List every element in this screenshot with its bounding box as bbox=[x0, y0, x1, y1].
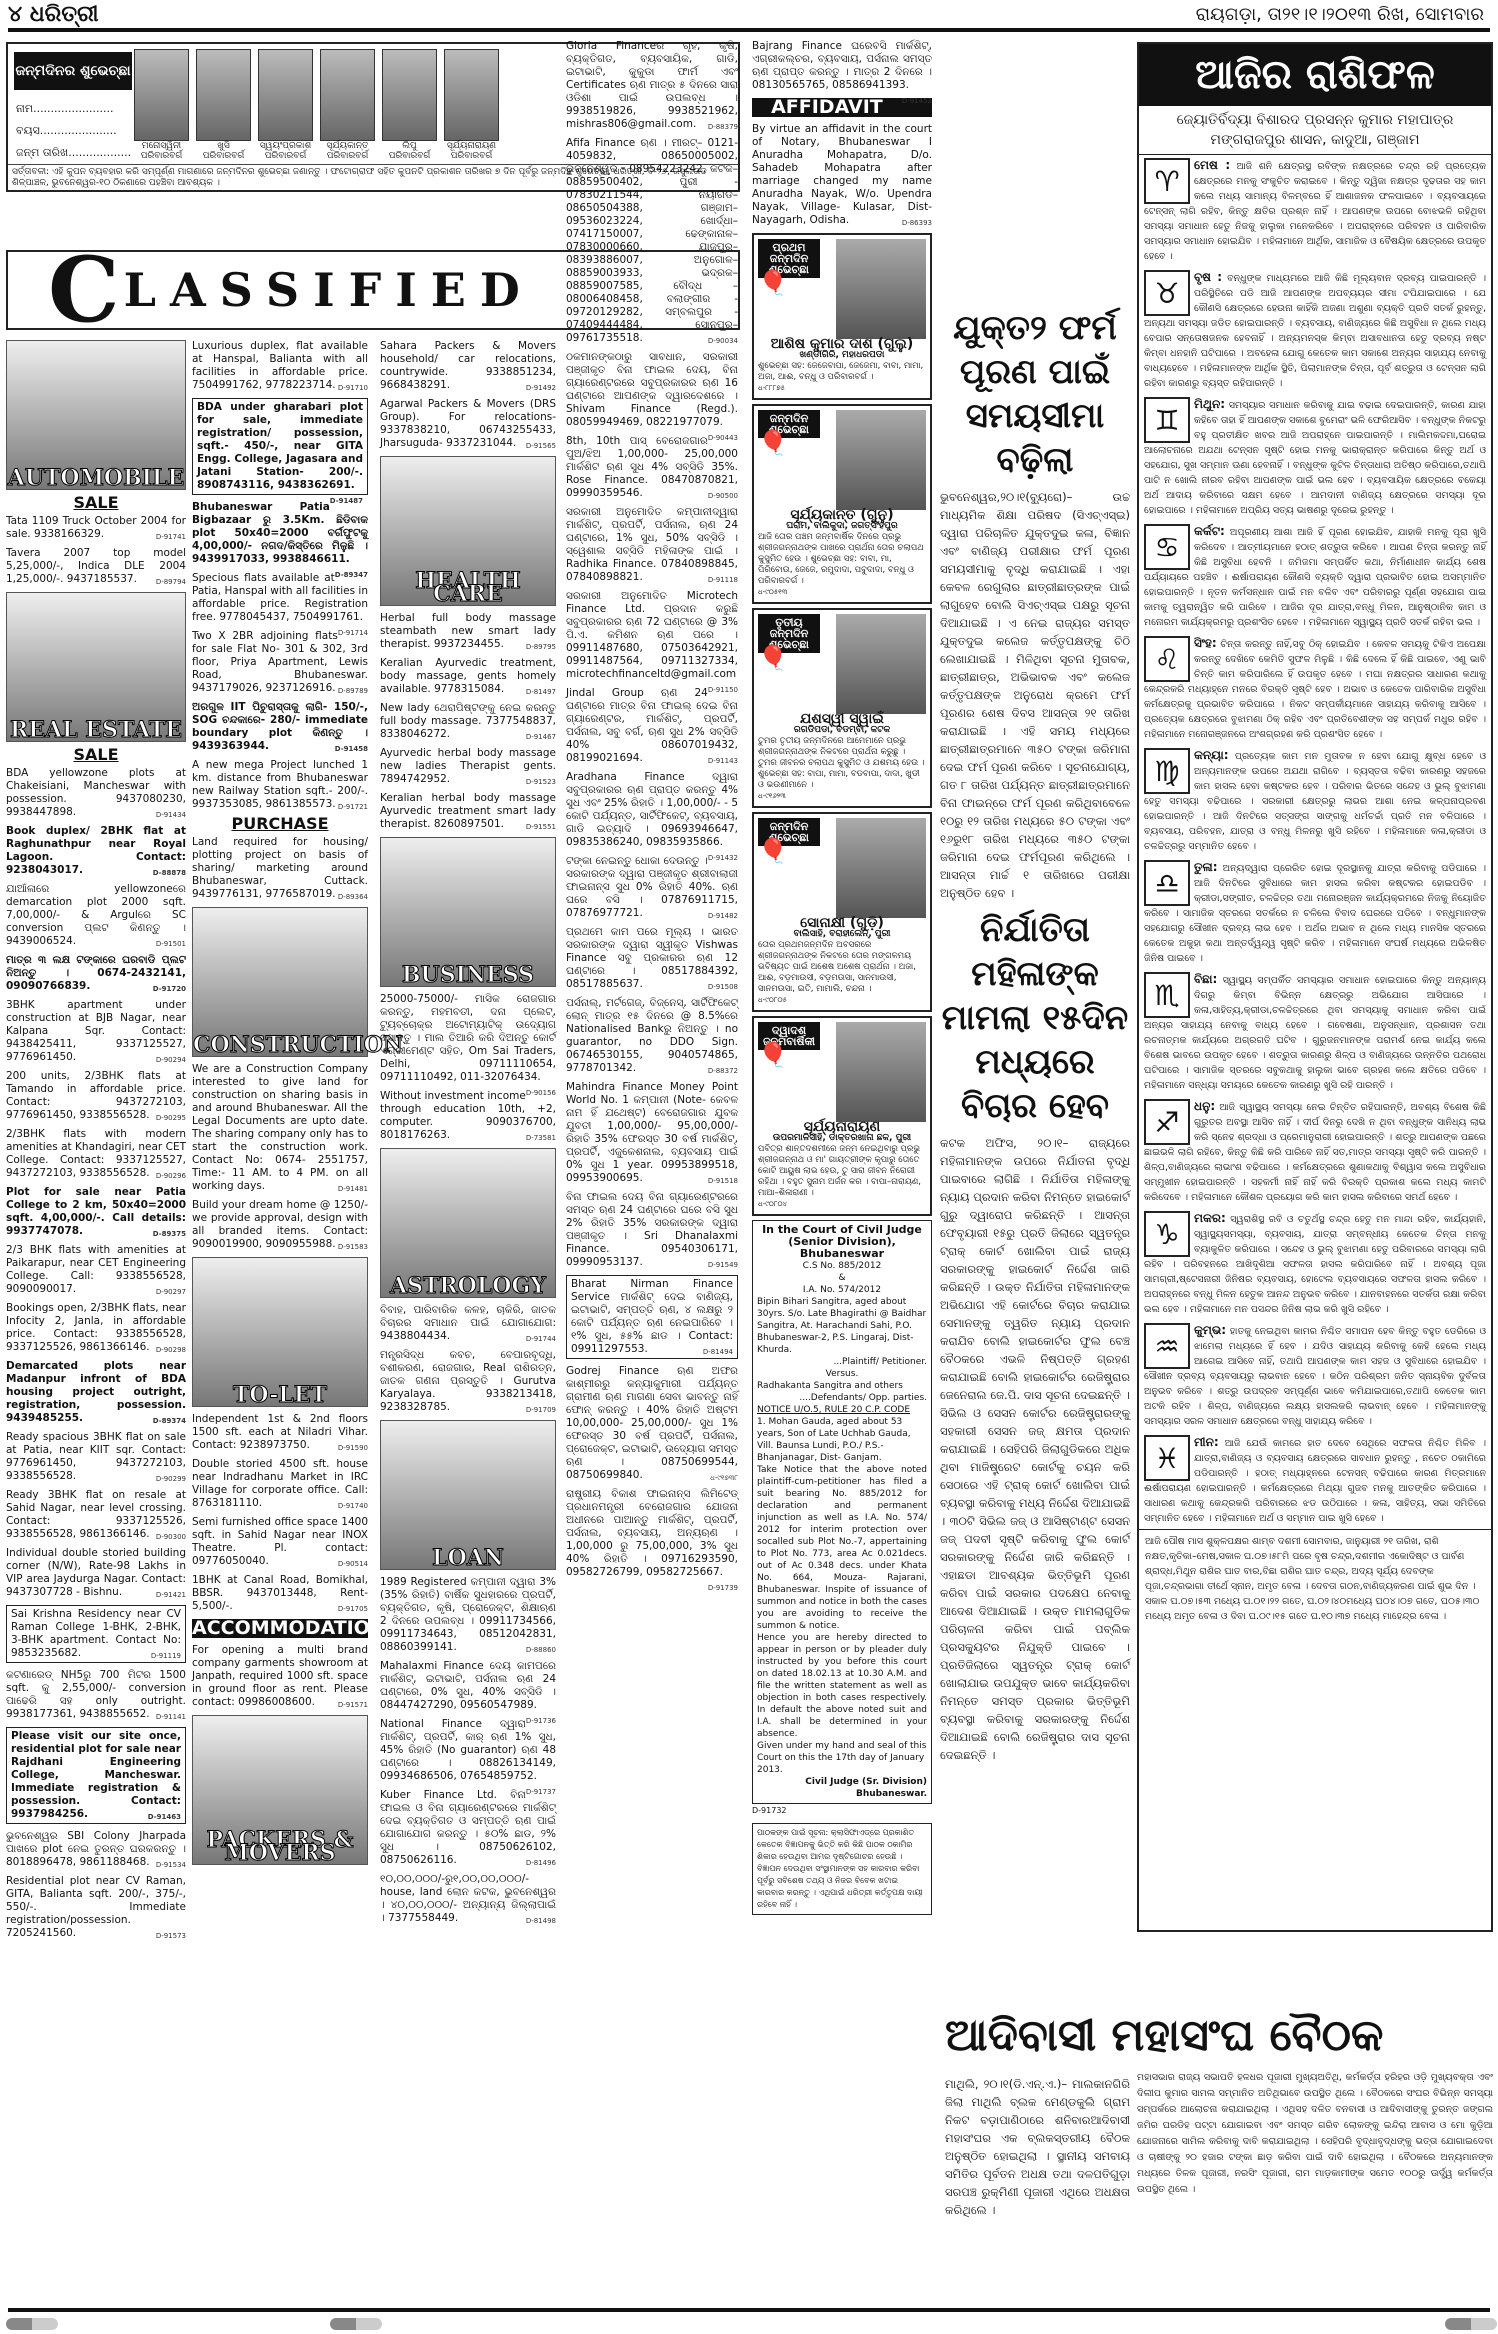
kid-photo bbox=[196, 49, 251, 141]
zodiac-sign-icon: ♉ bbox=[1144, 270, 1190, 316]
classified-ad: Kuber Finance Ltd. ବିନା ଫାଇଲ ଓ ବିନା ଗ୍ୟା… bbox=[380, 1789, 556, 1867]
classified-column-2: Luxurious duplex, flat available at Hans… bbox=[192, 340, 368, 1871]
page-marker bbox=[330, 2318, 382, 2330]
classified-ad: Double storied 4500 sft. house near Indr… bbox=[192, 1458, 368, 1510]
health-care-banner: HEALTH CARE bbox=[380, 456, 556, 606]
zodiac-sign-icon: ♍ bbox=[1144, 748, 1190, 794]
classified-ad: Tata 1109 Truck October 2004 for sale. 9… bbox=[6, 515, 186, 541]
classified-ad: Mahindra Finance Money Point World No. 1… bbox=[566, 1081, 738, 1185]
classified-ad: କଟଣାରେଡ୍ NH5ରୁ 700 ମିଟର 1500 sqft. କୁ 2,… bbox=[6, 1669, 186, 1721]
zodiac-entry: ♐ଧନୁ: ଆଜି ସ୍ୱାସ୍ଥ୍ୟ ସମସ୍ୟା ନେଇ ଚିନ୍ତିତ ର… bbox=[1139, 1096, 1491, 1208]
classified-ad: Bajrang Finance ଘରେବସି ମାର୍କଶିଟ୍, ଏଗ୍ରୀକ… bbox=[752, 40, 932, 92]
page-label: ୪ ଧରିତ୍ରୀ bbox=[8, 2, 99, 27]
kid-photo-card: ଖୁସିପରିବାରବର୍ଗ bbox=[196, 49, 251, 161]
to-let-banner: TO-LET bbox=[192, 1257, 368, 1407]
classified-ad: ୧୦,୦୦,୦୦୦/-ରୁ୧,୦୦,୦୦,୦୦୦/- house, land ଲ… bbox=[380, 1873, 556, 1925]
zodiac-entry: ♓ମୀନ: ଆଜି ଯେଉଁ କାମରେ ହାତ ଦେବେ ସେଥିରେ ସଫଳ… bbox=[1139, 1432, 1491, 1529]
dateline: ରାୟଗଡ଼ା, ତା୨୧।୧।୨୦୧୩ ରିଖ, ସୋମବାର bbox=[1196, 4, 1484, 25]
classified-ad: Build your dream home @ 1250/- we provid… bbox=[192, 1199, 368, 1251]
classified-ad: We are a Construction Company interested… bbox=[192, 1063, 368, 1193]
classified-ad: Aradhana Finance ଦ୍ୱାରା ସବୁପ୍ରକାରର ଋଣ ପ୍… bbox=[566, 771, 738, 849]
section-heading: SALE bbox=[6, 748, 186, 761]
kid-photo bbox=[382, 49, 437, 141]
kid-photo-card: ସୂର୍ଯ୍ୟନାରାୟଣପରିବାରବର୍ଗ bbox=[444, 49, 499, 161]
kid-photo bbox=[444, 49, 499, 141]
coupon-field-dob: ଜନ୍ମ ତାରିଖ.................. bbox=[16, 146, 131, 160]
classified-ad: Individual double storied building corne… bbox=[6, 1547, 186, 1599]
classified-ad: Sahara Packers & Movers household/ car r… bbox=[380, 340, 556, 392]
birthday-wish-ad: ତୃତୀୟ ଜନ୍ମଦିନ ଶୁଭେଚ୍ଛା🎈ଯଶସ୍ୱୀ ସ୍ୱାଇଁରଗଡି… bbox=[752, 608, 932, 808]
classified-ad: Ready 3BHK flat on resale at Sahid Nagar… bbox=[6, 1489, 186, 1541]
classified-column-1: AUTOMOBILE SALE Tata 1109 Truck October … bbox=[6, 340, 186, 1946]
classified-column-4: Gloria Financeର ଗୃହ, କୃଷି, ବ୍ୟକ୍ତିଗତ, ବ୍… bbox=[566, 40, 738, 1595]
coupon-field-name: ନାମ....................... bbox=[16, 102, 114, 116]
section-heading: PURCHASE bbox=[192, 817, 368, 830]
classified-ad: Afifa Finance ଋଣ । ମୀରଟ୍– 0121-4059832, … bbox=[566, 137, 738, 345]
zodiac-sign-icon: ♊ bbox=[1144, 397, 1190, 443]
packers-movers-banner: PACKERS & MOVERS bbox=[192, 1715, 368, 1865]
coupon-field-age: ବୟସ...................... bbox=[16, 124, 117, 138]
construction-banner: CONSTRUCTION bbox=[192, 907, 368, 1057]
zodiac-entry: ♈ମେଷ : ଆଜି ଶନି କ୍ଷେତ୍ରସ୍ଥ ରବିଙ୍କ ନକ୍ଷତ୍ର… bbox=[1139, 155, 1491, 267]
page-marker bbox=[6, 2318, 58, 2330]
classified-ad: ସରକାରୀ ଅନୁମୋଦିତ Microtech Finance Ltd. ପ… bbox=[566, 590, 738, 681]
zodiac-entry: ♒କୁମ୍ଭ: ହାତକୁ ନେଇଥିବା କାମର ନିଶ୍ଚିତ ସମାପନ… bbox=[1139, 1320, 1491, 1432]
child-photo bbox=[836, 614, 926, 714]
birthday-wish-ad: ଜନ୍ମଦିନ ଶୁଭେଚ୍ଛା🎈ସୋନାକ୍ଷୀ (ଗୁଡ଼ି)ବାଲିସାହ… bbox=[752, 812, 932, 1012]
classified-ad: 2/3BHK flats with modern amenities at Kh… bbox=[6, 1128, 186, 1180]
horoscope-title: ଆଜିର ରାଶିଫଳ bbox=[1139, 44, 1491, 106]
kid-photo bbox=[134, 49, 189, 141]
classified-ad: Bharat Nirman Finance Service ମାର୍କଶିଟ୍ … bbox=[566, 1275, 738, 1359]
classified-ad: ମାତ୍ର ୩ ଲକ୍ଷ ଟଙ୍କାରେ ଘରବାଡି ପ୍ଲଟ ନିଅନ୍ତୁ… bbox=[6, 954, 186, 993]
classified-ad: Tavera 2007 top model 5,25,000/-, Indica… bbox=[6, 547, 186, 586]
classified-ad: Jindal Group ଋଣ 24 ଘଣ୍ଟାରେ ମାତ୍ର ବିନା ଫା… bbox=[566, 687, 738, 765]
kid-photo bbox=[258, 49, 313, 141]
horoscope-author: ଜ୍ୟୋତିର୍ବିଦ୍ୟା ବିଶାରଦ ପ୍ରସନ୍ନ କୁମାର ମହାପ… bbox=[1139, 106, 1491, 155]
accommodation-heading: ACCOMMODATION bbox=[192, 1619, 368, 1638]
news-body: କଟକ ଅଫିସ, ୨୦।୧– ରାଜ୍ୟରେ ମହିଳାମାନଙ୍କ ଉପରେ… bbox=[940, 1134, 1130, 1764]
loan-banner: LOAN bbox=[380, 1420, 556, 1570]
classified-ad: ମନ୍ତ୍ରସିଦ୍ଧ କବଚ, ବେପାରବୃଦ୍ଧି, ବଶୀକରଣ, ରୋ… bbox=[380, 1349, 556, 1414]
zodiac-sign-icon: ♑ bbox=[1144, 1211, 1190, 1257]
classified-ad: ସରକାରୀ ଅନୁମୋଦିତ କମ୍ପାନୀଦ୍ୱାରା ମାର୍କଶିଟ୍,… bbox=[566, 506, 738, 584]
classified-ad: BDA under gharabari plot for sale, immed… bbox=[192, 398, 368, 495]
classified-ad: Residential plot near CV Raman, GITA, Ba… bbox=[6, 1875, 186, 1940]
astrology-banner: ASTROLOGY bbox=[380, 1148, 556, 1298]
zodiac-sign-icon: ♈ bbox=[1144, 158, 1190, 204]
birthday-wish-ad: ଦ୍ୱାଦଶ ଜନ୍ମବାର୍ଷିକୀ🎈ସୂର୍ଯ୍ୟନାରାୟଣଉପରମାଳି… bbox=[752, 1016, 932, 1216]
news-column: ଯୁକ୍ତ୨ ଫର୍ମ ପୂରଣ ପାଇଁ ସମୟସୀମା ବଢ଼ିଲା ଭୁବ… bbox=[940, 300, 1130, 1764]
classified-ad: Agarwal Packers & Movers (DRS Group). Fo… bbox=[380, 398, 556, 450]
real-estate-banner: REAL ESTATE bbox=[6, 592, 186, 742]
classified-ad: Semi furnished office space 1400 sqft. i… bbox=[192, 1516, 368, 1568]
child-photo bbox=[836, 818, 926, 918]
reader-notice: ପାଠକଙ୍କ ପାଇଁ ସୂଚନା: କ୍ଲାସିଫାଏଡ୍‌ରେ ପ୍ରକା… bbox=[752, 1823, 932, 1915]
horoscope-box: ଆଜିର ରାଶିଫଳ ଜ୍ୟୋତିର୍ବିଦ୍ୟା ବିଶାରଦ ପ୍ରସନ୍… bbox=[1137, 42, 1493, 1932]
classified-ad: Book duplex/ 2BHK flat at Raghunathpur n… bbox=[6, 825, 186, 877]
zodiac-entry: ♋କର୍କଟ: ଅପୂରଣୀୟ ଆଶା ଆଜି ହିଁ ପୂରଣ ହୋଇଯିବ,… bbox=[1139, 521, 1491, 633]
birthday-wish-ad: ଜନ୍ମଦିନ ଶୁଭେଚ୍ଛା🎈ସୂର୍ଯ୍ୟକାନ୍ତ (ଗୁନୁ)ଘରାମ… bbox=[752, 404, 932, 604]
kid-photo bbox=[320, 49, 375, 141]
classified-ad: ବିନା ଫାଇଲ ଦେୟ ବିନା ଗ୍ୟାରେଣ୍ଟରରେ ସମସ୍ତ ଋଣ… bbox=[566, 1191, 738, 1269]
section-heading: SALE bbox=[6, 496, 186, 509]
classified-ad: For opening a multi brand company garmen… bbox=[192, 1644, 368, 1709]
affidavit-notice: By virtue an affidavit in the court of N… bbox=[752, 123, 932, 227]
kid-photo-card: ସୂର୍ଯ୍ୟକାନ୍ତପରିବାରବର୍ଗ bbox=[320, 49, 375, 161]
classified-ad: Gloria Financeର ଗୃହ, କୃଷି, ବ୍ୟକ୍ତିଗତ, ବ୍… bbox=[566, 40, 738, 131]
classified-ad: ପର୍ସନାଲ୍, ମର୍ଟଗେଜ୍, ବିଜ୍‌ନେସ୍, ସାର୍ଟିଫିକ… bbox=[566, 997, 738, 1075]
classified-ad: Please visit our site once, residential … bbox=[6, 1727, 186, 1824]
classified-ad: Herbal full body massage steambath new s… bbox=[380, 612, 556, 651]
masthead: ୪ ଧରିତ୍ରୀ ରାୟଗଡ଼ା, ତା୨୧।୧।୨୦୧୩ ରିଖ, ସୋମବ… bbox=[8, 0, 1490, 32]
news-body: ଭୁବନେଶ୍ୱର,୨୦।୧(ବ୍ୟୁରୋ)– ଉଚ୍ଚ ମାଧ୍ୟମିକ ଶି… bbox=[940, 488, 1130, 902]
classified-ad: Keralian herbal body massage Ayurvedic t… bbox=[380, 792, 556, 831]
automobile-banner: AUTOMOBILE bbox=[6, 340, 186, 490]
classified-ad: Luxurious duplex, flat available at Hans… bbox=[192, 340, 368, 392]
birthday-wish-ad: ପ୍ରଥମ ଜନ୍ମଦିନ ଶୁଭେଚ୍ଛା🎈ଆଶିଷ କୁମାର ଦାଶ (ଗ… bbox=[752, 233, 932, 400]
classified-ad: 1989 Registered କମ୍ପାନୀ ଦ୍ୱାରା 3% (35% ର… bbox=[380, 1576, 556, 1654]
zodiac-sign-icon: ♐ bbox=[1144, 1099, 1190, 1145]
zodiac-sign-icon: ♒ bbox=[1144, 1323, 1190, 1369]
kid-photo-card: ଲିପୁପରିବାରବର୍ଗ bbox=[382, 49, 437, 161]
news-headline: ଆଦିବାସୀ ମହାସଂଘ ବୈଠକ bbox=[945, 2010, 1495, 2061]
zodiac-sign-icon: ♋ bbox=[1144, 524, 1190, 570]
panchang: ଆଜି ପୌଷ ମାସ ଶୁକ୍ଳପକ୍ଷର ଶାମ୍ବ ଦଶମୀ ସୋମବାର… bbox=[1139, 1529, 1491, 1628]
news-body: ମହାସଭାର ରାଜ୍ୟ ସଭାପତି ହଳଧର ପୂଜାରୀ ମୁଖ୍ୟଅତ… bbox=[1137, 2070, 1493, 2198]
classified-ad: Independent 1st & 2nd floors 1500 sft. e… bbox=[192, 1413, 368, 1452]
classified-ad: ଭୁବନେଶ୍ୱର SBI Colony Jharpada ପାଖରେ plot… bbox=[6, 1830, 186, 1869]
kid-photo-card: ସ୍ୱୟଂପ୍ରକାଶପରିବାରବର୍ଗ bbox=[258, 49, 313, 161]
child-photo bbox=[836, 410, 926, 510]
classified-column-5: Bajrang Finance ଘରେବସି ମାର୍କଶିଟ୍, ଏଗ୍ରୀକ… bbox=[752, 40, 932, 1915]
classified-ad: 200 units, 2/3BHK flats at Tamando in af… bbox=[6, 1070, 186, 1122]
classified-ad: Mahalaxmi Finance ଦେୟ କାମପରେ ମାର୍କଶିଟ୍, … bbox=[380, 1660, 556, 1712]
zodiac-entry: ♌ସିଂହ: ଚିନ୍ତା କରନ୍ତୁ ନାହିଁ,ସବୁ ଠିକ୍ ହୋଇଯ… bbox=[1139, 633, 1491, 745]
zodiac-entry: ♑ମକର: ସ୍ୱରାଶିସ୍ଥ ରବି ଓ ଚତୁର୍ଥସ୍ଥ ଚନ୍ଦ୍ର … bbox=[1139, 1208, 1491, 1320]
classified-ad: ବିବାହ, ପାରିବାରିକ କଳହ, ଚାକିରି, ଜାତକ ବିଚାର… bbox=[380, 1304, 556, 1343]
classified-ad: Land required for housing/ plotting proj… bbox=[192, 836, 368, 901]
zodiac-entry: ♉ବୃଷ : ବନ୍ଧୁଙ୍କ ମାଧ୍ୟମରେ ଆଜି କିଛି ମୂଲ୍ୟବ… bbox=[1139, 267, 1491, 394]
classified-ad: 25000-75000/- ମାସିକ ରୋଜଗାର କରନ୍ତୁ, ମହମବତ… bbox=[380, 993, 556, 1084]
news-headline: ଯୁକ୍ତ୨ ଫର୍ମ ପୂରଣ ପାଇଁ ସମୟସୀମା ବଢ଼ିଲା bbox=[940, 306, 1130, 482]
zodiac-entry: ♏ବିଛା: ସ୍ୱାସ୍ଥ୍ୟ ସମ୍ପର୍କିତ ସମସ୍ୟାର ସମାଧା… bbox=[1139, 969, 1491, 1096]
classified-ad: ଯାଆଁଳାରେ yellowzoneରେ demarcation plot 2… bbox=[6, 883, 186, 948]
classified-ad: 3BHK apartment under construction at BJB… bbox=[6, 999, 186, 1064]
page-footer-rule bbox=[8, 2308, 1490, 2312]
classified-ad: A new mega Project lunched 1 km. distanc… bbox=[192, 759, 368, 811]
zodiac-entry: ♎ତୁଳା: ଅନ୍ୟଦ୍ୱାରା ପ୍ରେରିତ ହୋଇ ଦୂରସ୍ଥାନକୁ… bbox=[1139, 857, 1491, 969]
classified-ad: 1BHK at Canal Road, Bomikhal, BBSR. 9437… bbox=[192, 1574, 368, 1613]
classified-ad: Keralian Ayurvedic treatment, body massa… bbox=[380, 657, 556, 696]
zodiac-entry: ♍କନ୍ୟା: ପ୍ରତ୍ୟେକ କାମ ମନ ମୁତାବକ ନ ହେବା ଯୋ… bbox=[1139, 745, 1491, 857]
classified-ad: Ready spacious 3BHK flat on sale at Pati… bbox=[6, 1431, 186, 1483]
classified-ad: BDA yellowzone plots at Chakeisiani, Man… bbox=[6, 767, 186, 819]
zodiac-sign-icon: ♌ bbox=[1144, 636, 1190, 682]
child-photo bbox=[836, 1022, 926, 1122]
classified-ad: ରାଷ୍ଟ୍ରୀୟ ବିକାଶ ଫାଇନାନ୍ସ ଲିମିଟେଡ୍ ପ୍ରଧାନ… bbox=[566, 1488, 738, 1579]
classified-ad: Ayurvedic herbal body massage new ladies… bbox=[380, 747, 556, 786]
classified-ad: 2/3 BHK flats with amenities at Paikarap… bbox=[6, 1244, 186, 1296]
classified-ad: ଠକମାନଙ୍କଠାରୁ ସାବଧାନ, ସରକାରୀ ପଞ୍ଜୀକୃତ ବିନ… bbox=[566, 351, 738, 429]
news-column: ମାଥିଲି, ୨୦।୧(ଡି.ଏନ୍.ଏ.)– ମାଲକାନଗିରି ଜିଲା… bbox=[945, 2075, 1130, 2219]
classified-ad: ଅରଗୁଳ IIT ପିଚୁରାସ୍ତାକୁ ଲାଗି- 150/-, SOG … bbox=[192, 701, 368, 753]
classified-column-3: Sahara Packers & Movers household/ car r… bbox=[380, 340, 556, 1931]
classified-ad: Bhubaneswar Patia Bigbazaar ରୁ 3.5Km. ଛି… bbox=[192, 501, 368, 566]
zodiac-entry: ♊ମିଥୁନ: ସମସ୍ୟାର ସମାଧାନ କରିବାକୁ ଯାଇ ବଢାଇ … bbox=[1139, 394, 1491, 521]
classified-ad: Demarcated plots near Madanpur infront o… bbox=[6, 1360, 186, 1425]
zodiac-sign-icon: ♎ bbox=[1144, 860, 1190, 906]
classified-ad: Godrej Finance ଋଣ ଅଫର କାଶ୍ମୀରରୁ କନ୍ୟାକୁମ… bbox=[566, 1365, 738, 1482]
birthday-coupon-title: ଜନ୍ମଦିନର ଶୁଭେଚ୍ଛା bbox=[14, 52, 132, 90]
kid-photo-card: ମନୋସ୍ୱିନୀପରିବାରବର୍ଗ bbox=[134, 49, 189, 161]
business-banner: BUSINESS bbox=[380, 837, 556, 987]
news-headline: ନିର୍ଯାତିତା ମହିଳାଙ୍କ ମାମଲା ୧୫ଦିନ ମଧ୍ୟରେ ବ… bbox=[940, 908, 1130, 1128]
classified-ad: Bookings open, 2/3BHK flats, near Infoci… bbox=[6, 1302, 186, 1354]
court-notice: In the Court of Civil Judge (Senior Divi… bbox=[752, 1220, 932, 1804]
classified-ad: New lady ଥେରାପିଷ୍ଟଙ୍କୁ ନେଇ କରନ୍ତୁ full b… bbox=[380, 702, 556, 741]
classified-ad: Sai Krishna Residency near CV Raman Coll… bbox=[6, 1605, 186, 1663]
classified-ad: Plot for sale near Patia College to 2 km… bbox=[6, 1186, 186, 1238]
child-photo bbox=[836, 239, 926, 339]
classified-ad: ପ୍ରଥମେ କାମ ପରେ ମୂଲ୍ୟ । ଭାରତ ସରକାରଙ୍କ ଦ୍ୱ… bbox=[566, 926, 738, 991]
page-marker bbox=[1445, 2318, 1497, 2330]
zodiac-sign-icon: ♓ bbox=[1144, 1435, 1190, 1481]
zodiac-sign-icon: ♏ bbox=[1144, 972, 1190, 1018]
